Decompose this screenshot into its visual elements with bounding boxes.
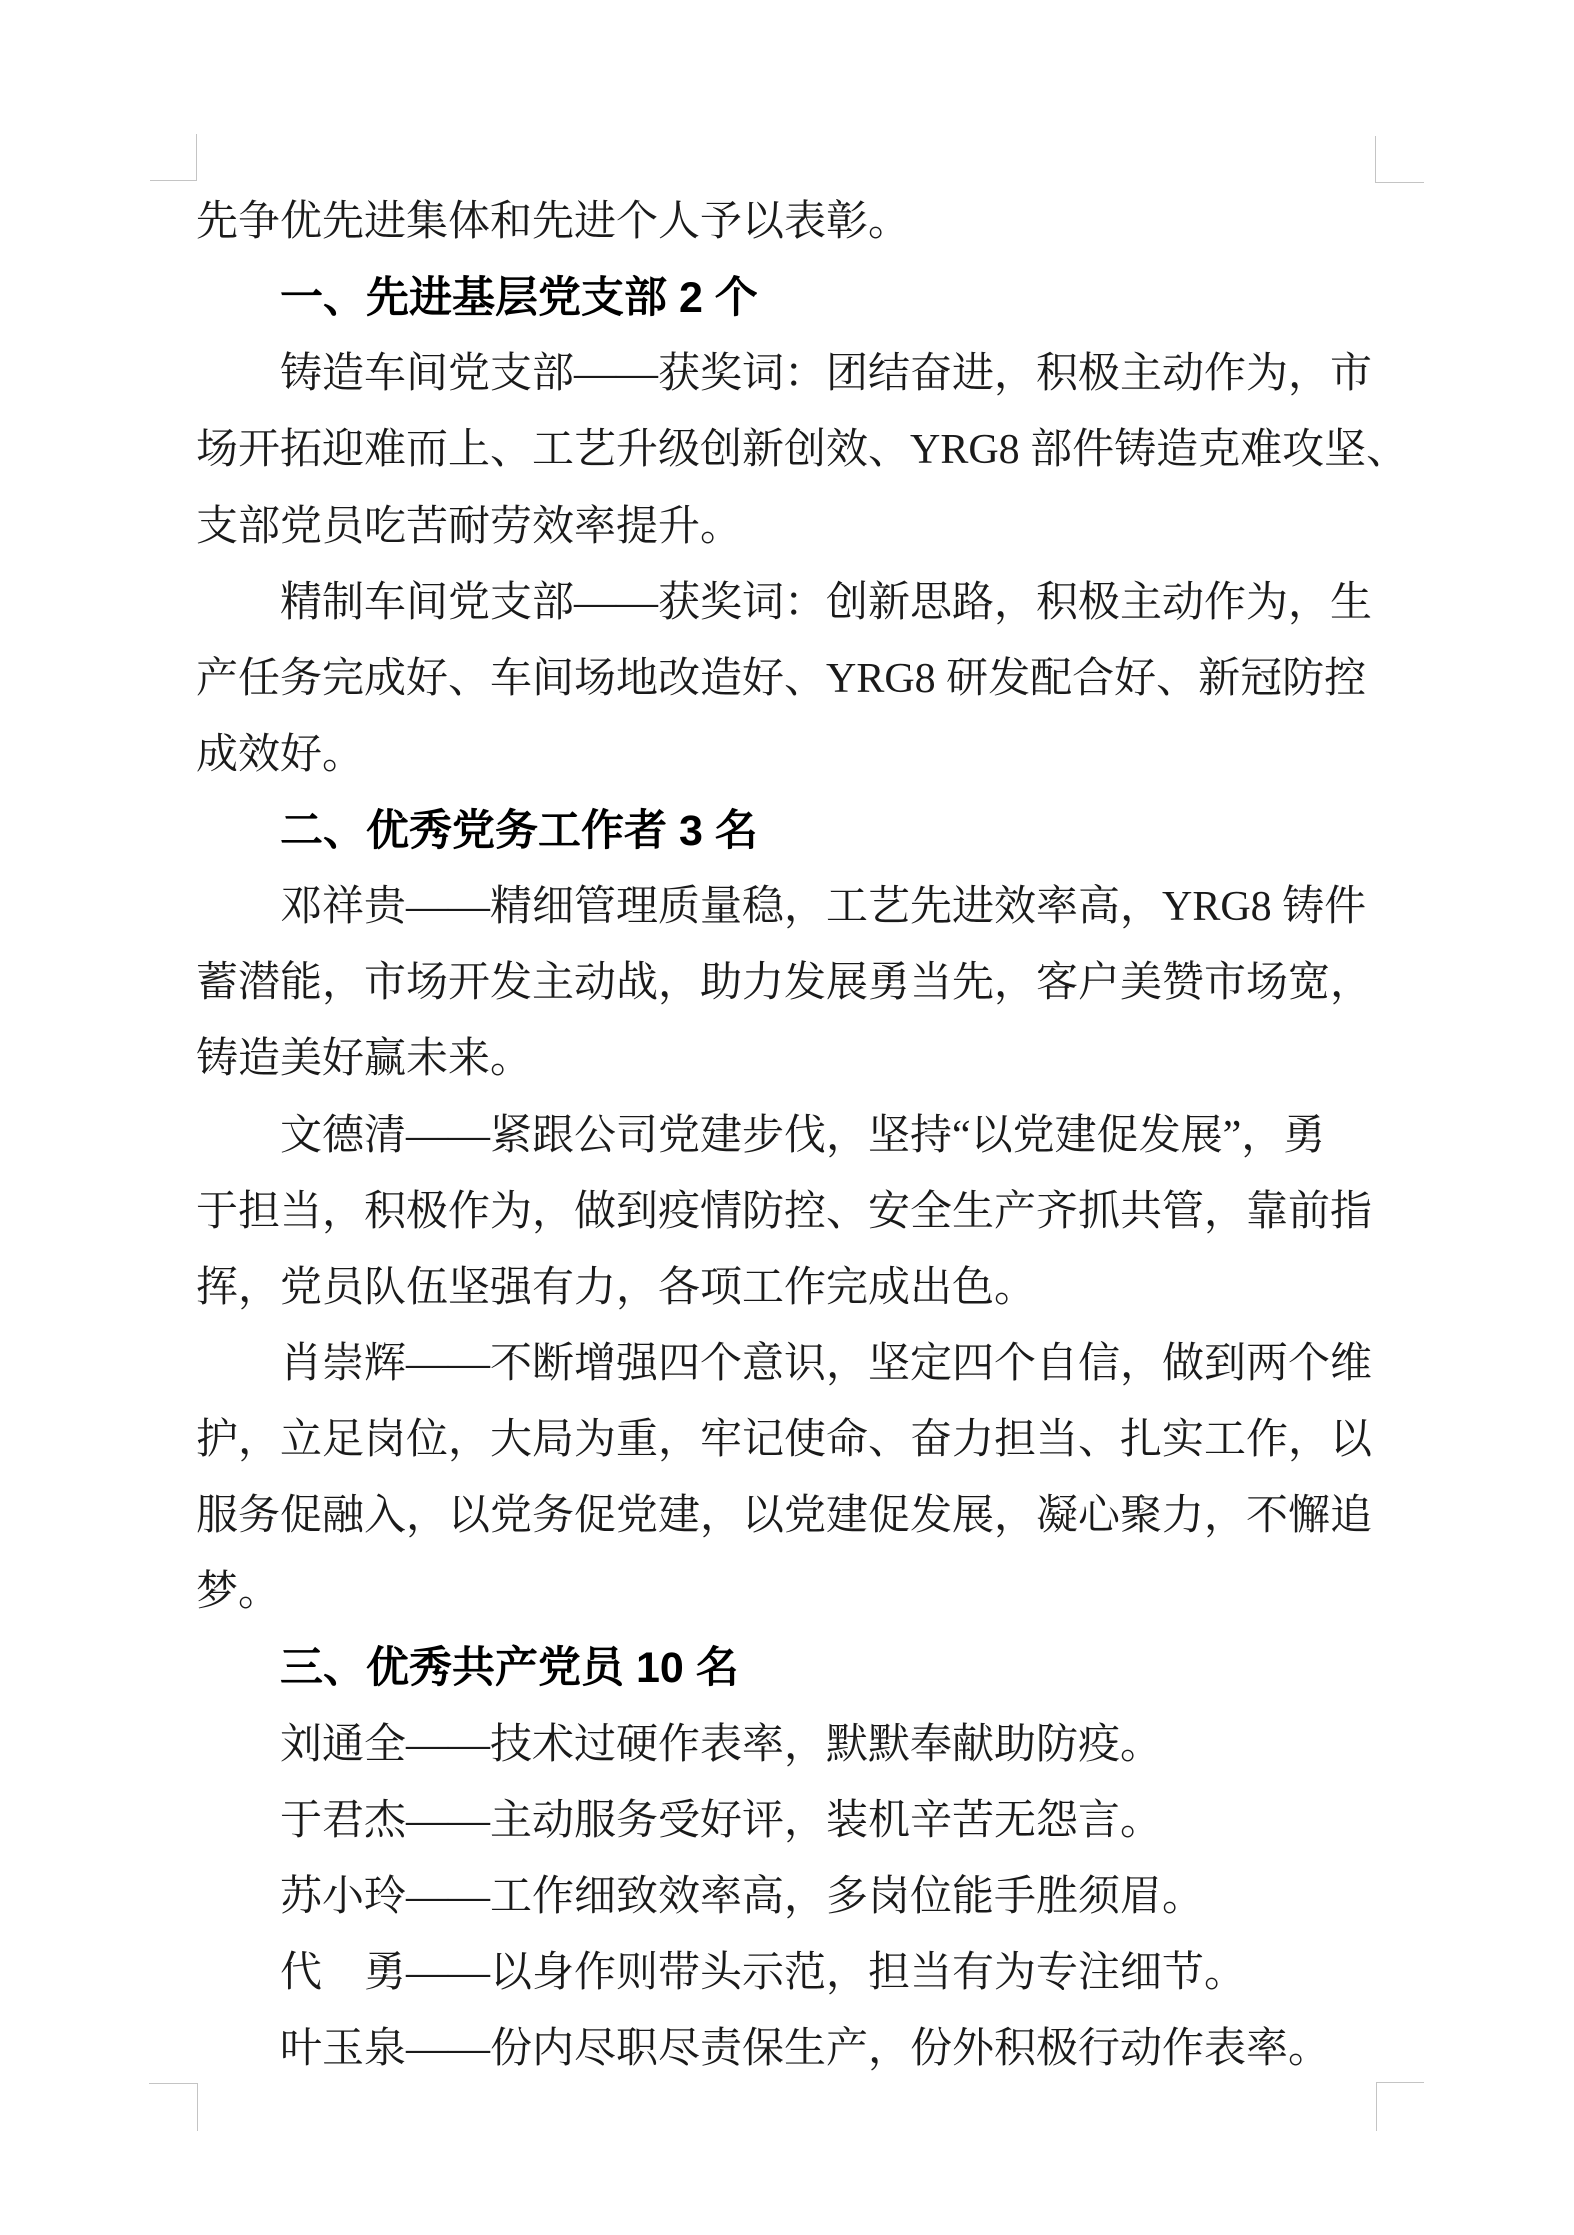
text-line: 于担当，积极作为，做到疫情防控、安全生产齐抓共管，靠前指 <box>196 1170 1386 1246</box>
text-line: 挥，党员队伍坚强有力，各项工作完成出色。 <box>196 1246 1386 1322</box>
text-line: 代 勇——以身作则带头示范，担当有为专注细节。 <box>196 1931 1386 2007</box>
text-line: 梦。 <box>196 1550 1386 1626</box>
text-line: 刘通全——技术过硬作表率，默默奉献助防疫。 <box>196 1703 1386 1779</box>
text-line: 铸造车间党支部——获奖词：团结奋进，积极主动作为，市 <box>196 332 1386 408</box>
text-line: 护，立足岗位，大局为重，牢记使命、奋力担当、扎实工作，以 <box>196 1398 1386 1474</box>
text-line: 服务促融入，以党务促党建，以党建促发展，凝心聚力，不懈追 <box>196 1474 1386 1550</box>
text-line: 肖崇辉——不断增强四个意识，坚定四个自信，做到两个维 <box>196 1322 1386 1398</box>
text-line: 铸造美好赢未来。 <box>196 1017 1386 1093</box>
text-line: 于君杰——主动服务受好评，装机辛苦无怨言。 <box>196 1779 1386 1855</box>
text-line: 场开拓迎难而上、工艺升级创新创效、YRG8 部件铸造克难攻坚、 <box>196 408 1386 484</box>
text-boundary-mark-top-right <box>1375 136 1424 183</box>
text-line: 先争优先进集体和先进个人予以表彰。 <box>196 180 1386 256</box>
text-boundary-mark-bottom-right <box>1376 2082 1424 2131</box>
text-line: 叶玉泉——份内尽职尽责保生产，份外积极行动作表率。 <box>196 2007 1386 2083</box>
text-boundary-mark-top-left <box>150 134 197 181</box>
section-heading: 三、优秀共产党员 10 名 <box>196 1626 1386 1702</box>
text-line: 产任务完成好、车间场地改造好、YRG8 研发配合好、新冠防控 <box>196 637 1386 713</box>
text-line: 蓄潜能，市场开发主动战，助力发展勇当先，客户美赞市场宽， <box>196 941 1386 1017</box>
document-page: 先争优先进集体和先进个人予以表彰。一、先进基层党支部 2 个铸造车间党支部——获… <box>0 0 1574 2235</box>
text-line: 精制车间党支部——获奖词：创新思路，积极主动作为，生 <box>196 561 1386 637</box>
text-line: 文德清——紧跟公司党建步伐，坚持“以党建促发展”，勇 <box>196 1094 1386 1170</box>
text-line: 苏小玲——工作细致效率高，多岗位能手胜须眉。 <box>196 1855 1386 1931</box>
text-boundary-mark-bottom-left <box>149 2083 198 2131</box>
text-line: 邓祥贵——精细管理质量稳，工艺先进效率高，YRG8 铸件 <box>196 865 1386 941</box>
section-heading: 一、先进基层党支部 2 个 <box>196 256 1386 332</box>
text-line: 成效好。 <box>196 713 1386 789</box>
document-text-area: 先争优先进集体和先进个人予以表彰。一、先进基层党支部 2 个铸造车间党支部——获… <box>196 180 1386 2083</box>
text-line: 支部党员吃苦耐劳效率提升。 <box>196 485 1386 561</box>
section-heading: 二、优秀党务工作者 3 名 <box>196 789 1386 865</box>
